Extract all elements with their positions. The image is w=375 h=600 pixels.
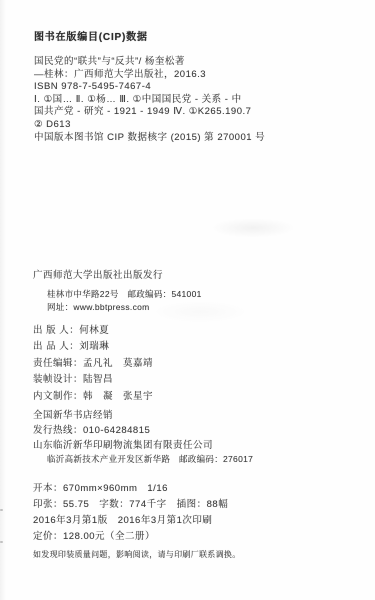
publisher-name: 广西师范大学出版社出版发行 bbox=[33, 267, 163, 281]
spec-price-line: 定价：128.00元（全二册） bbox=[33, 529, 228, 545]
scan-artifact bbox=[0, 541, 3, 543]
print-specs: 开本：670mm×960mm 1/16 印张：55.75 字数：774千字 插图… bbox=[33, 481, 228, 545]
staff-row-editor: 责任编辑：孟凡礼 莫嘉靖 bbox=[33, 356, 153, 372]
cip-imprint-line: —桂林：广西师范大学出版社，2016.3 bbox=[34, 69, 265, 82]
cip-title-line: 国民党的“联共”与“反共”/ 杨奎松著 bbox=[34, 56, 265, 69]
staff-credits: 出 版 人：何林夏 出 品 人：刘瑞琳 责任编辑：孟凡礼 莫嘉靖 装帧设计：陆智… bbox=[33, 323, 153, 405]
printer-name: 山东临沂新华印刷物流集团有限责任公司 bbox=[33, 437, 213, 451]
distribution-seller: 全国新华书店经销 bbox=[33, 407, 113, 421]
staff-label: 内文制作： bbox=[33, 391, 83, 402]
staff-row-designer: 装帧设计：陆智昌 bbox=[33, 372, 153, 388]
distribution-hotline: 发行热线：010-64284815 bbox=[33, 422, 150, 436]
printer-address: 临沂高新技术产业开发区新华路 邮政编码：276017 bbox=[47, 453, 253, 465]
publisher-address: 桂林市中华路22号 邮政编码：541001 bbox=[47, 288, 202, 300]
quality-note: 如发现印装质量问题，影响阅读，请与印刷厂联系调换。 bbox=[33, 549, 241, 560]
spec-edition-line: 2016年3月第1版 2016年3月第1次印刷 bbox=[33, 513, 228, 529]
staff-label: 出 品 人： bbox=[33, 341, 79, 352]
cip-classification-line-3: ② D613 bbox=[34, 119, 265, 132]
scan-artifact bbox=[0, 509, 3, 511]
cip-isbn-line: ISBN 978-7-5495-7467-4 bbox=[34, 81, 265, 94]
staff-label: 责任编辑： bbox=[33, 358, 83, 369]
staff-value: 孟凡礼 莫嘉靖 bbox=[83, 358, 153, 369]
staff-label: 出 版 人： bbox=[33, 325, 79, 336]
publisher-website: 网址：www.bbtpress.com bbox=[47, 301, 150, 313]
cip-classification-line-1: Ⅰ. ①国… Ⅱ. ①杨… Ⅲ. ①中国国民党 - 关系 - 中 bbox=[34, 94, 265, 107]
staff-row-typesetting: 内文制作：韩 凝 张星宇 bbox=[33, 389, 153, 405]
staff-value: 韩 凝 张星宇 bbox=[83, 391, 153, 402]
cip-header: 图书在版编目(CIP)数据 bbox=[34, 28, 148, 43]
staff-row-producer: 出 品 人：刘瑞琳 bbox=[33, 339, 153, 355]
staff-label: 装帧设计： bbox=[33, 374, 83, 385]
spec-sheets-line: 印张：55.75 字数：774千字 插图：88幅 bbox=[33, 497, 228, 513]
cip-classification-line-2: 国共产党 - 研究 - 1921 - 1949 Ⅳ. ①K265.190.7 bbox=[34, 106, 265, 119]
staff-value: 何林夏 bbox=[79, 325, 109, 336]
book-copyright-page: 图书在版编目(CIP)数据 国民党的“联共”与“反共”/ 杨奎松著 —桂林：广西… bbox=[0, 0, 375, 600]
staff-value: 刘瑞琳 bbox=[79, 341, 109, 352]
cip-record: 国民党的“联共”与“反共”/ 杨奎松著 —桂林：广西师范大学出版社，2016.3… bbox=[34, 56, 265, 144]
cip-record-number-line: 中国版本图书馆 CIP 数据核字 (2015) 第 270001 号 bbox=[34, 132, 265, 145]
staff-row-publisher: 出 版 人：何林夏 bbox=[33, 323, 153, 339]
spec-format-line: 开本：670mm×960mm 1/16 bbox=[33, 481, 228, 497]
staff-value: 陆智昌 bbox=[83, 374, 113, 385]
